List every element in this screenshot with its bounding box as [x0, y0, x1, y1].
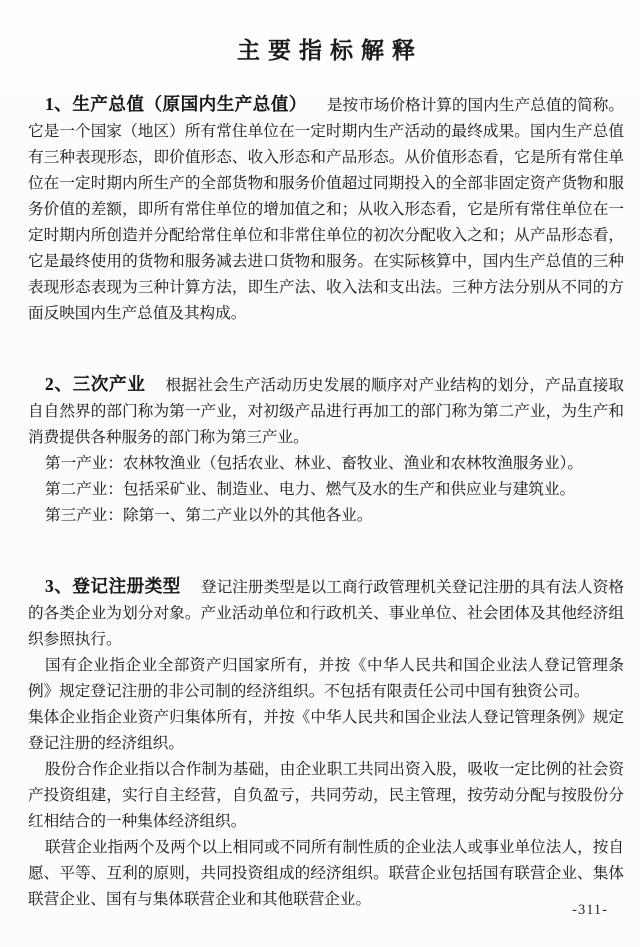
joint-venture-enterprise-paragraph: 联营企业指两个及两个以上相同或不同所有制性质的企业法人或事业单位法人，按自愿、平… — [28, 835, 624, 913]
section-registration-type-paragraph: 3、登记注册类型登记注册类型是以工商行政管理机关登记注册的具有法人资格的各类企业… — [28, 573, 624, 653]
secondary-industry-item: 第二产业：包括采矿业、制造业、电力、燃气及水的生产和供应业与建筑业。 — [28, 477, 624, 503]
collective-enterprise-paragraph: 集体企业指企业资产归集体所有，并按《中华人民共和国企业法人登记管理条例》规定登记… — [28, 705, 624, 757]
section-gdp-lead: 是按市场价格计算的国内生产总值的简称。它是一个国家（地区）所有常住单位在一定时期… — [28, 97, 624, 322]
section-gdp-paragraph: 1、生产总值（原国内生产总值）是按市场价格计算的国内生产总值的简称。它是一个国家… — [28, 91, 624, 327]
page-title: 主要指标解释 — [28, 32, 624, 65]
section-gdp-heading: 1、生产总值（原国内生产总值） — [45, 94, 307, 114]
primary-industry-item: 第一产业：农林牧渔业（包括农业、林业、畜牧业、渔业和农林牧渔服务业）。 — [28, 451, 624, 477]
tertiary-industry-item: 第三产业：除第一、第二产业以外的其他各业。 — [28, 503, 624, 529]
section-registration-type-heading: 3、登记注册类型 — [45, 576, 181, 596]
state-owned-enterprise-paragraph: 国有企业指企业全部资产归国家所有，并按《中华人民共和国企业法人登记管理条例》规定… — [28, 653, 624, 705]
section-gdp: 1、生产总值（原国内生产总值）是按市场价格计算的国内生产总值的简称。它是一个国家… — [28, 91, 624, 327]
section-three-industries: 2、三次产业根据社会生产活动历史发展的顺序对产业结构的划分，产品直接取自自然界的… — [28, 371, 624, 529]
share-cooperative-enterprise-paragraph: 股份合作企业指以合作制为基础，由企业职工共同出资入股，吸收一定比例的社会资产投资… — [28, 757, 624, 835]
page-number: -311- — [572, 902, 608, 919]
section-three-industries-heading: 2、三次产业 — [45, 374, 146, 394]
document-page: 主要指标解释 1、生产总值（原国内生产总值）是按市场价格计算的国内生产总值的简称… — [0, 0, 640, 947]
section-three-industries-paragraph: 2、三次产业根据社会生产活动历史发展的顺序对产业结构的划分，产品直接取自自然界的… — [28, 371, 624, 451]
section-registration-type: 3、登记注册类型登记注册类型是以工商行政管理机关登记注册的具有法人资格的各类企业… — [28, 573, 624, 913]
